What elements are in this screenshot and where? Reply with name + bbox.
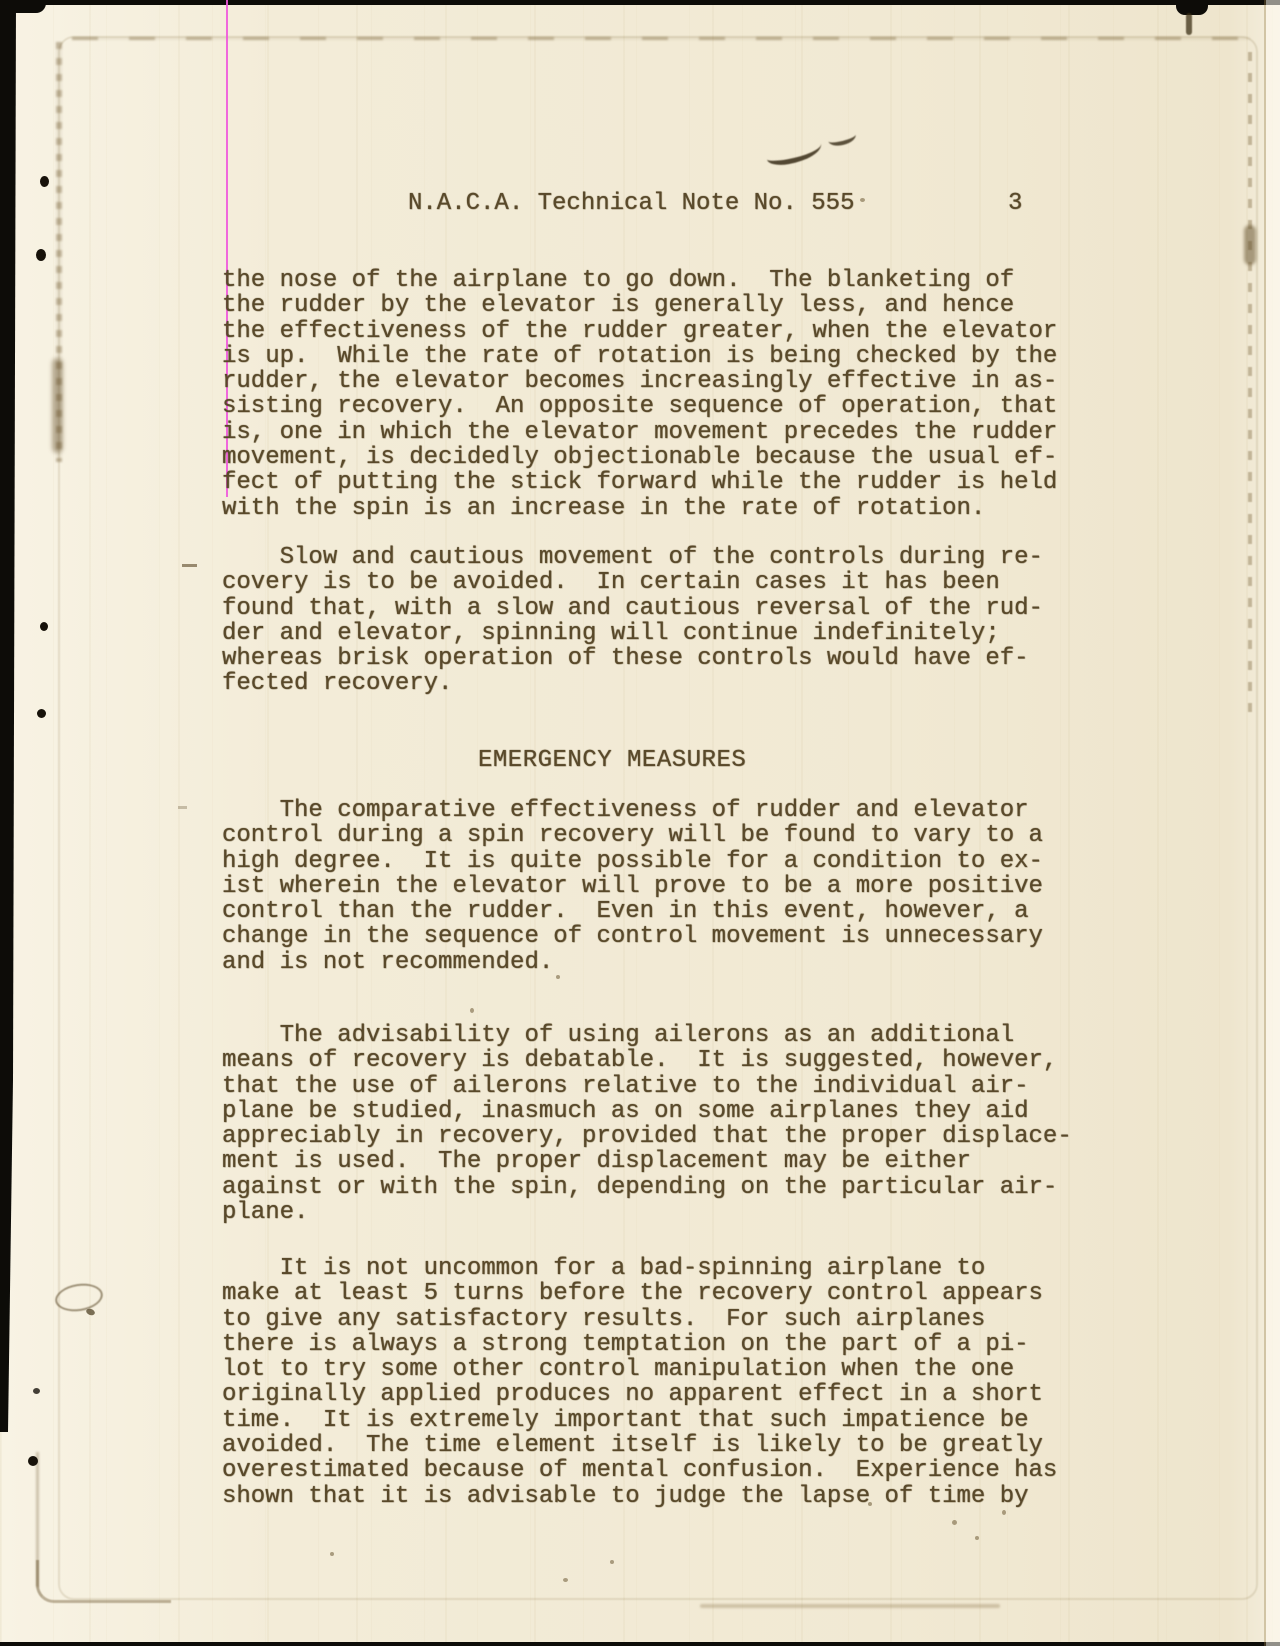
staple-hole — [36, 249, 46, 261]
stray-mark — [182, 564, 197, 567]
paragraph: the nose of the airplane to go down. The… — [222, 268, 1092, 521]
ink-smudge — [52, 358, 63, 453]
speck — [330, 1552, 334, 1556]
section-heading: EMERGENCY MEASURES — [478, 748, 746, 773]
ghost-border-right-smudge — [1248, 52, 1252, 712]
page-number: 3 — [1008, 191, 1022, 216]
scan-edge-left — [0, 0, 17, 1432]
staple-hole — [37, 709, 46, 718]
paragraph: The comparative effectiveness of rudder … — [222, 798, 1092, 975]
scan-edge-top — [0, 0, 1280, 5]
ink-smudge — [1244, 225, 1256, 265]
speck — [610, 1560, 614, 1564]
staple-hole — [40, 622, 48, 631]
scan-edge-top-right-blob — [1176, 0, 1208, 15]
speck — [470, 1008, 474, 1013]
scanned-page: N.A.C.A. Technical Note No. 555 3 the no… — [0, 0, 1280, 1646]
ink-smudge — [1186, 13, 1192, 35]
document-title: N.A.C.A. Technical Note No. 555 — [408, 191, 854, 216]
speck — [1002, 1510, 1006, 1515]
speck — [563, 1578, 568, 1582]
speck — [556, 975, 560, 979]
scan-edge-bottom — [0, 1642, 1280, 1646]
speck — [975, 1536, 979, 1540]
speck — [952, 1520, 957, 1525]
ghost-border-top-smudge — [72, 37, 1250, 40]
paragraph: Slow and cautious movement of the contro… — [222, 545, 1092, 697]
ink-dot — [33, 1388, 40, 1394]
ghost-border-bottom-left-corner — [36, 1560, 171, 1603]
speck — [860, 198, 865, 202]
paragraph: The advisability of using ailerons as an… — [222, 1023, 1092, 1225]
staple-hole — [28, 1456, 38, 1466]
scan-edge-top-left — [0, 0, 46, 13]
staple-hole — [40, 176, 49, 187]
paragraph: It is not uncommon for a bad-spinning ai… — [222, 1256, 1092, 1509]
ink-smudge — [700, 1604, 1000, 1608]
paper-edge-highlight — [1266, 0, 1280, 1646]
stray-mark — [178, 806, 187, 809]
